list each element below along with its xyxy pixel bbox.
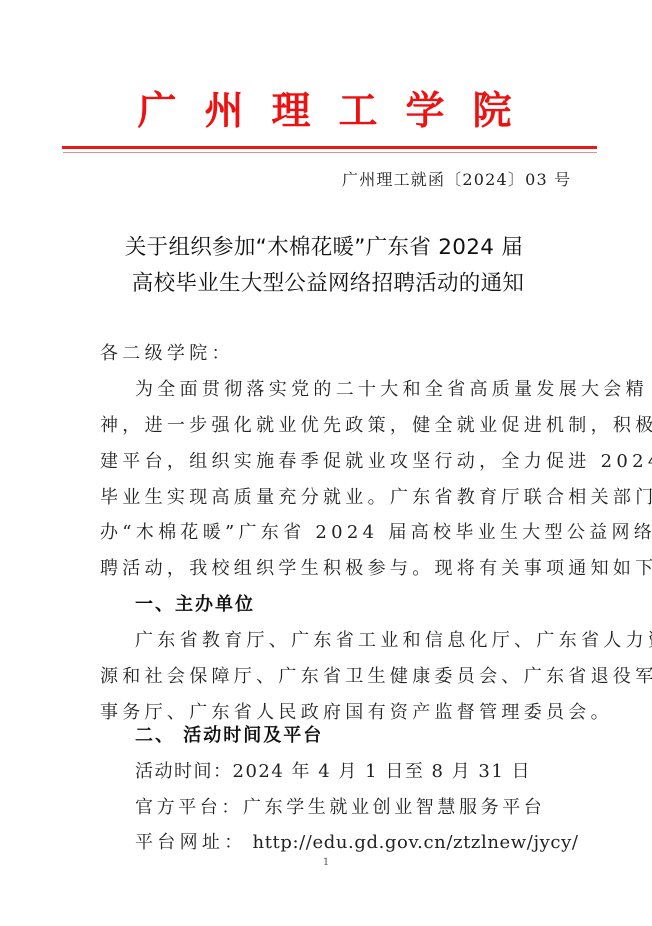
masthead-char: 院 — [470, 88, 514, 134]
body-line: 神，进一步强化就业优先政策，健全就业促进机制，积极搭 — [100, 414, 652, 438]
platform-url-row: 平台网址：http://edu.gd.gov.cn/ztzlnew/jycy/ — [135, 831, 579, 855]
masthead-char: 广 — [135, 88, 179, 134]
masthead-char: 州 — [202, 88, 246, 134]
masthead-rule-thick — [62, 146, 597, 149]
body-line: 源和社会保障厅、广东省卫生健康委员会、广东省退役军人 — [100, 665, 652, 689]
body-line: 建平台，组织实施春季促就业攻坚行动，全力促进 2024 届 — [100, 450, 652, 474]
official-platform: 官方平台：广东学生就业创业智慧服务平台 — [135, 796, 545, 820]
document-title-line-1: 关于组织参加“木棉花暖”广东省 2024 届 — [0, 230, 650, 266]
masthead-char: 学 — [403, 88, 447, 134]
masthead-rule-thin — [63, 152, 597, 153]
section-heading-time-platform: 二、 活动时间及平台 — [135, 724, 323, 748]
body-line: 为全面贯彻落实党的二十大和全省高质量发展大会精 — [135, 378, 648, 402]
section-heading-organizers: 一、主办单位 — [135, 593, 255, 617]
document-title-line-2: 高校毕业生大型公益网络招聘活动的通知 — [2, 266, 652, 302]
body-line: 事务厅、广东省人民政府国有资产监督管理委员会。 — [100, 701, 613, 725]
activity-time: 活动时间：2024 年 4 月 1 日至 8 月 31 日 — [135, 760, 531, 784]
masthead-char: 工 — [336, 88, 380, 134]
masthead-char: 理 — [269, 88, 313, 134]
platform-url-link[interactable]: http://edu.gd.gov.cn/ztzlnew/jycy/ — [253, 832, 579, 853]
platform-url-label: 平台网址： — [135, 832, 247, 853]
document-page: 广 州 理 工 学 院 广州理工就函〔2024〕03 号 关于组织参加“木棉花暖… — [0, 0, 652, 926]
masthead: 广 州 理 工 学 院 — [0, 88, 652, 136]
body-line: 毕业生实现高质量充分就业。广东省教育厅联合相关部门举 — [100, 486, 652, 510]
body-line: 广东省教育厅、广东省工业和信息化厅、广东省人力资 — [135, 629, 652, 653]
body-line: 办“木棉花暖”广东省 2024 届高校毕业生大型公益网络招 — [100, 521, 652, 545]
body-line: 聘活动，我校组织学生积极参与。现将有关事项通知如下： — [100, 557, 652, 581]
page-number: 1 — [0, 857, 652, 868]
document-number: 广州理工就函〔2024〕03 号 — [342, 170, 571, 190]
salutation: 各二级学院： — [100, 342, 234, 366]
